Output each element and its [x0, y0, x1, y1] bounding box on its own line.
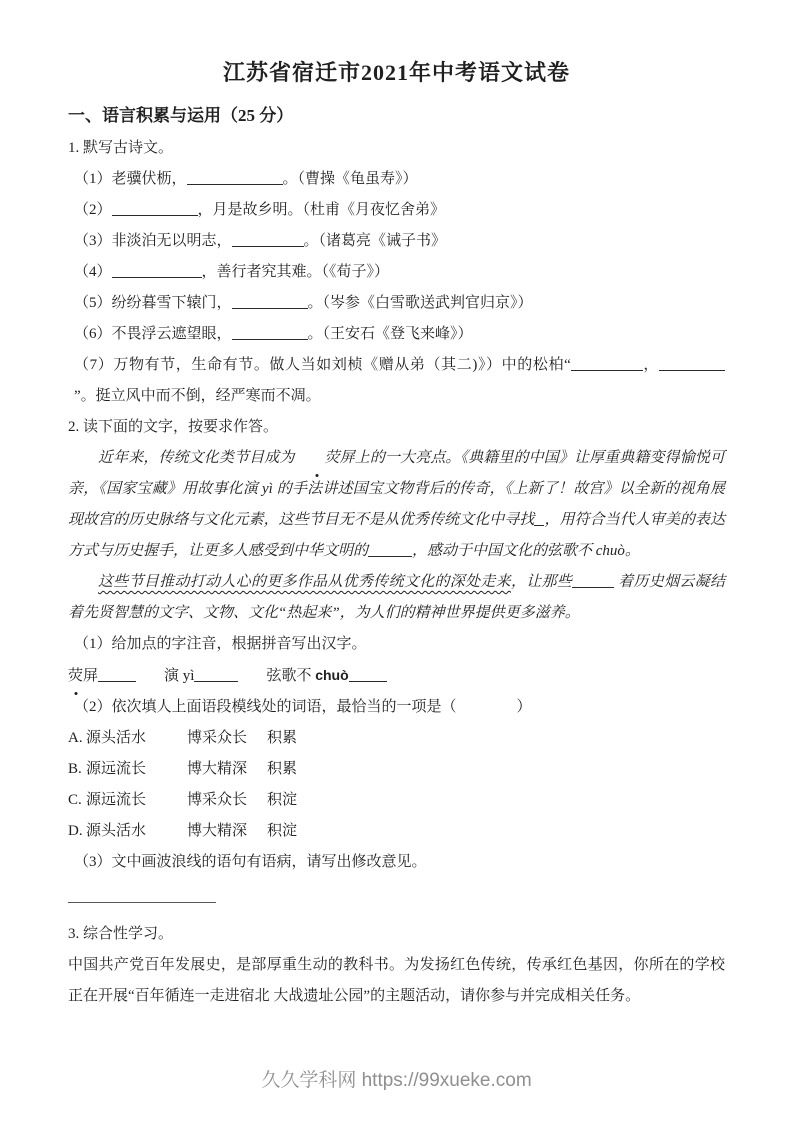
answer-blank: [232, 336, 308, 340]
item-text: （6）不畏浮云遮望眼，: [74, 326, 232, 342]
q2-stem: 2. 读下面的文字，按要求作答。: [68, 412, 725, 443]
dotted-char: 荧: [68, 661, 83, 692]
item-text: 。（曹操《龟虽寿》）: [283, 171, 418, 187]
item-text: （1）老骥伏枥，: [74, 171, 187, 187]
item-text: 。（岑参《白雪歌送武判官归京》）: [308, 295, 533, 311]
answer-line: [68, 902, 216, 903]
q1-item-7: （7）万物有节，生命有节。做人当如刘桢《赠从弟（其二)》）中的松柏“，”。挺立风…: [68, 350, 725, 412]
option-word: 博大精深: [187, 754, 267, 785]
option-word: 源远流长: [86, 754, 187, 785]
q1-item-6: （6）不畏浮云遮望眼，。（王安石《登飞来峰》）: [68, 319, 725, 350]
item-text: ，善行者究其难。（《荀子》）: [202, 264, 390, 280]
pinyin-text: chuò: [315, 667, 348, 683]
q1-item-4: （4），善行者究其难。（《荀子》）: [68, 257, 725, 288]
item-text: （5）纷纷暮雪下辕门，: [74, 295, 232, 311]
item-text: 。（王安石《登飞来峰》）: [308, 326, 473, 342]
item-text: ，月是故乡明。（杜甫《月夜忆舍弟》: [198, 202, 446, 218]
q2-passage-para1: 近年来，传统文化类节目成为荧屏上的一大亮点。《典籍里的中国》让厚重典籍变得愉悦可…: [68, 443, 725, 567]
q1-item-1: （1）老骥伏枥，。（曹操《龟虽寿》）: [68, 164, 725, 195]
q1-item-5: （5）纷纷暮雪下辕门，。（岑参《白雪歌送武判官归京》）: [68, 288, 725, 319]
answer-blank: [194, 678, 238, 682]
option-word: 积累: [267, 761, 297, 777]
section-heading: 一、语言积累与运用（25 分）: [68, 102, 725, 129]
answer-blank: [349, 678, 387, 682]
q3-stem: 3. 综合性学习。: [68, 919, 725, 950]
option-C: C.源远流长博采众长积淀: [68, 785, 725, 816]
item-text: （4）: [74, 264, 112, 280]
option-letter: C.: [68, 785, 86, 816]
option-word: 源远流长: [86, 785, 187, 816]
option-letter: A.: [68, 723, 86, 754]
option-word: 博采众长: [187, 785, 267, 816]
item-text: ，: [643, 357, 659, 373]
q1-item-2: （2），月是故乡明。（杜甫《月夜忆舍弟》: [68, 195, 725, 226]
option-word: 积淀: [267, 792, 297, 808]
word-text: 弦歌不: [266, 668, 315, 684]
option-word: 博采众长: [187, 723, 267, 754]
answer-blank: [112, 274, 202, 278]
passage-text: ，感动于中国文化的弦歌不 chuò。: [412, 543, 640, 559]
wavy-underlined-text: 这些节目推动打动人心的更多作品从优秀传统文化的深处走来: [98, 574, 511, 590]
q2-sub2-stem: （2）依次填人上面语段模线处的词语，最恰当的一项是（ ）: [68, 692, 725, 723]
q1-stem: 1. 默写古诗文。: [68, 133, 725, 164]
word-text: 演 yì: [164, 668, 194, 684]
answer-blank: [98, 678, 136, 682]
dotted-char: 荧: [295, 443, 340, 474]
q2-sub1-stem: （1）给加点的字注音，根据拼音写出汉字。: [68, 629, 725, 660]
item-text: 。（诸葛亮《诫子书》: [304, 233, 447, 249]
word-text: 屏: [83, 668, 98, 684]
answer-blank: [232, 305, 308, 309]
option-word: 源头活水: [86, 723, 187, 754]
watermark: 久久学科网 https://99xueke.com: [0, 1065, 793, 1092]
page-title: 江苏省宿迁市2021年中考语文试卷: [68, 58, 725, 88]
option-letter: D.: [68, 816, 86, 847]
passage-text: ，让那些: [511, 574, 572, 590]
item-text: ”。挺立风中而不倒，经严寒而不凋。: [74, 388, 321, 404]
q1-item-3: （3）非淡泊无以明志，。（诸葛亮《诫子书》: [68, 226, 725, 257]
answer-blank: [368, 553, 412, 557]
q2-passage-para2: 这些节目推动打动人心的更多作品从优秀传统文化的深处走来，让那些 着历史烟云凝结着…: [68, 567, 725, 629]
exam-page: 江苏省宿迁市2021年中考语文试卷 一、语言积累与运用（25 分） 1. 默写古…: [0, 0, 793, 1122]
answer-blank: [571, 367, 643, 371]
answer-blank: [112, 212, 198, 216]
option-word: 博大精深: [187, 816, 267, 847]
item-text: （3）非淡泊无以明志，: [74, 233, 232, 249]
answer-blank: [572, 584, 614, 588]
answer-blank: [659, 367, 725, 371]
q2-sub1-pinyin-line: 荧屏演 yì弦歌不 chuò: [68, 660, 725, 692]
answer-blank: [232, 243, 304, 247]
option-word: 源头活水: [86, 816, 187, 847]
answer-blank: [187, 181, 283, 185]
item-text: （2）: [74, 202, 112, 218]
answer-blank: [534, 522, 544, 526]
option-B: B.源远流长博大精深积累: [68, 754, 725, 785]
option-word: 积淀: [267, 823, 297, 839]
option-letter: B.: [68, 754, 86, 785]
option-A: A.源头活水博采众长积累: [68, 723, 725, 754]
passage-text: 近年来，传统文化类节目成为: [98, 450, 295, 466]
item-text: （7）万物有节，生命有节。做人当如刘桢《赠从弟（其二)》）中的松柏“: [74, 357, 571, 373]
q2-sub3-stem: （3）文中画波浪线的语句有语病，请写出修改意见。: [68, 847, 725, 878]
q3-paragraph: 中国共产党百年发展史，是部厚重生动的教科书。为发扬红色传统，传承红色基因，你所在…: [68, 950, 725, 1012]
option-word: 积累: [267, 730, 297, 746]
option-D: D.源头活水博大精深积淀: [68, 816, 725, 847]
